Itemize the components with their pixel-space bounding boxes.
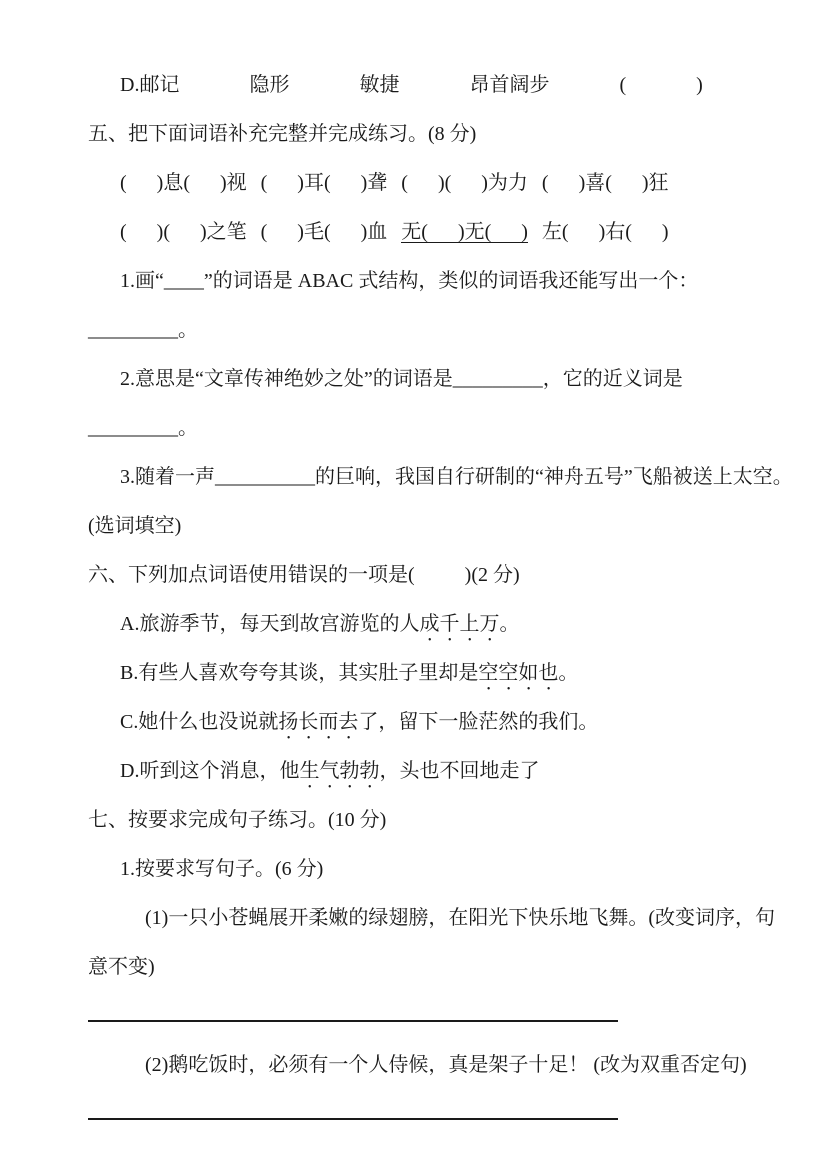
section-five-q3-line: 3.随着一声__________的巨响，我国自行研制的“神舟五号”飞船被送上太空…: [88, 466, 787, 488]
section-five-q1-line1: 1.画“____”的词语是 ABAC 式结构，类似的词语我还能写出一个：: [88, 270, 787, 292]
section-five-q1-line2: _________。: [88, 319, 787, 341]
option-d-word-3: 敏捷: [359, 74, 399, 96]
section-seven-sub1-heading: 1.按要求写句子。(6 分): [88, 858, 787, 880]
option-b-text: B.有些人喜欢夸夸其谈，其实肚子里却是: [120, 662, 478, 684]
answer-line-row: [88, 1103, 787, 1125]
fill-group: ( )( )为力: [401, 172, 528, 194]
option-a-emphasized-word: 成千上万: [419, 613, 499, 635]
test-paper-page: D.邮记 隐形 敏捷 昂首阔步 ( ) 五、把下面词语补充完整并完成练习。(8 …: [0, 0, 827, 1169]
option-c-emphasized-word: 扬长而去: [278, 711, 358, 733]
fill-blank-row-2: ( )( )之笔 ( )毛( )血 无( )无( ) 左( )右( ): [88, 221, 787, 243]
option-b-text-tail: 。: [558, 662, 578, 684]
section-five-q3-note: (选词填空): [88, 515, 787, 537]
section-five-heading: 五、把下面词语补充完整并完成练习。(8 分): [88, 123, 787, 145]
option-c-text-tail: 了，留下一脸茫然的我们。: [358, 711, 598, 733]
fill-group: 左( )右( ): [542, 221, 669, 243]
prev-question-option-d-row: D.邮记 隐形 敏捷 昂首阔步 ( ): [88, 74, 787, 96]
section-seven-heading: 七、按要求完成句子练习。(10 分): [88, 809, 787, 831]
fill-group: ( )( )之笔: [120, 221, 247, 243]
section-six-option-a: A.旅游季节，每天到故宫游览的人成千上万。: [88, 613, 787, 635]
option-d-text: D.听到这个消息，他: [120, 760, 299, 782]
answer-line: [88, 1104, 618, 1120]
section-five-q2-line1: 2.意思是“文章传神绝妙之处”的词语是_________，它的近义词是: [88, 368, 787, 390]
fill-group: ( )息( )视: [120, 172, 247, 194]
fill-group: ( )毛( )血: [261, 221, 388, 243]
section-six-option-c: C.她什么也没说就扬长而去了，留下一脸茫然的我们。: [88, 711, 787, 733]
option-d-emphasized-word: 生气勃勃: [299, 760, 379, 782]
fill-group: ( )耳( )聋: [261, 172, 388, 194]
option-d-answer-blank: ( ): [619, 74, 702, 96]
option-a-text-tail: 。: [499, 613, 519, 635]
option-a-text: A.旅游季节，每天到故宫游览的人: [120, 613, 419, 635]
section-six-option-d: D.听到这个消息，他生气勃勃，头也不回地走了: [88, 760, 787, 782]
fill-group: ( )喜( )狂: [542, 172, 669, 194]
section-five-q2-line2: _________。: [88, 417, 787, 439]
option-d-word-2: 隐形: [249, 74, 289, 96]
option-c-text: C.她什么也没说就: [120, 711, 278, 733]
section-seven-item1-line1: (1)一只小苍蝇展开柔嫩的绿翅膀，在阳光下快乐地飞舞。(改变词序，句: [88, 907, 787, 929]
option-d-word-1: D.邮记: [120, 74, 179, 96]
section-seven-item1-line2: 意不变): [88, 956, 787, 978]
fill-group-underlined: 无( )无( ): [401, 221, 528, 243]
option-b-emphasized-word: 空空如也: [478, 662, 558, 684]
section-six-option-b: B.有些人喜欢夸夸其谈，其实肚子里却是空空如也。: [88, 662, 787, 684]
answer-line-row: [88, 1005, 787, 1027]
section-six-heading: 六、下列加点词语使用错误的一项是( )(2 分): [88, 564, 787, 586]
answer-line: [88, 1006, 618, 1022]
option-d-word-4: 昂首阔步: [469, 74, 549, 96]
option-d-text-tail: ，头也不回地走了: [379, 760, 539, 782]
section-seven-item2-line: (2)鹅吃饭时，必须有一个人侍候，真是架子十足！ (改为双重否定句): [88, 1054, 787, 1076]
fill-blank-row-1: ( )息( )视 ( )耳( )聋 ( )( )为力 ( )喜( )狂: [88, 172, 787, 194]
